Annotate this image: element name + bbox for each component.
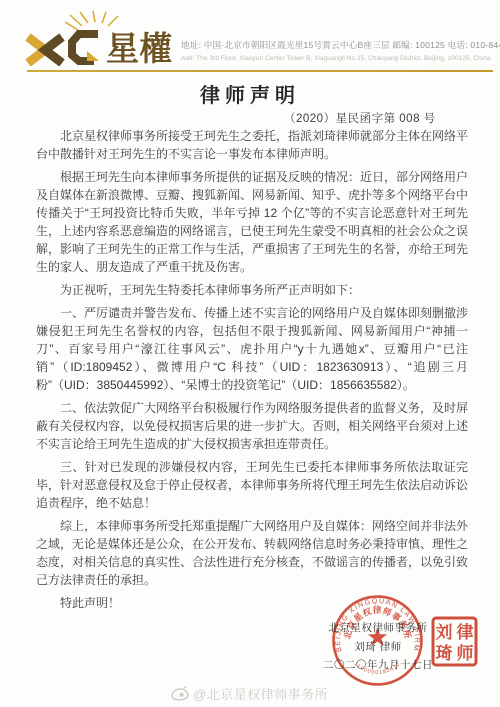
statement-item-2: 二、依法敦促广大网络平台积极履行作为网络服务提供者的监督义务，及时屏蔽有关侵权内… [36,399,468,453]
statement-paragraph: 为正视听，王珂先生特委托本律师事务所严正声明如下： [36,281,468,299]
document-number: （2020）星民函字第 008 号 [284,110,436,126]
watermark: @北京星权律师事务所 [171,684,328,703]
statement-body: 北京星权律师事务所接受王珂先生之委托，指派刘琦律师就部分主体在网络平台中散播针对… [36,127,468,617]
document-title: 律师声明 [0,79,500,108]
statement-paragraph: 综上，本律师事务所受托郑重提醒广大网络用户及自媒体：网络空间并非法外之域，无论是… [36,517,468,589]
weibo-eye-icon [171,686,189,701]
statement-paragraph: 根据王珂先生向本律师事务所提供的证据及反映的情况：近日，部分网络用户及自媒体在新… [36,168,468,276]
logo-rays-icon [65,11,118,30]
statement-page: 星權 地址: 中国·北京市朝阳区霞光里15号霄云中心B座三层 邮编: 10012… [0,0,500,707]
address-chinese: 地址: 中国·北京市朝阳区霞光里15号霄云中心B座三层 邮编: 100125 电… [181,39,497,51]
firm-round-seal-icon: BEIJING XINGQUAN LAW FIRM 北京星权律师事务所 1100… [331,594,424,687]
seal-char: 刘 [436,622,453,642]
letterhead-divider [27,70,493,72]
seal-star-icon [368,627,387,645]
statement-item-3: 三、针对已发现的涉嫌侵权内容，王珂先生已委托本律师事务所依法取证完毕，针对恶意侵… [36,458,468,512]
address-english: Add: The 3rd Floor, Xiaoyun Center Tower… [181,55,497,62]
watermark-text: @北京星权律师事务所 [193,684,328,703]
lawyer-square-seal-icon: 刘 律 琦 师 [431,616,478,667]
logo-xq-mark-icon [28,34,99,63]
statement-item-1: 一、严厉谴责并警告发布、传播上述不实言论的网络用户及自媒体即刻删撤涉嫌侵犯王珂先… [36,304,468,394]
seal-char: 琦 [436,644,453,663]
svg-text:1100000180477: 1100000180477 [353,661,403,676]
logo-firm-name: 星權 [106,30,172,66]
seal-char: 律 [457,622,474,642]
statement-paragraph: 北京星权律师事务所接受王珂先生之委托，指派刘琦律师就部分主体在网络平台中散播针对… [36,127,468,163]
letterhead-address: 地址: 中国·北京市朝阳区霞光里15号霄云中心B座三层 邮编: 100125 电… [181,39,497,62]
seal-number-text: 1100000180477 [353,661,403,676]
firm-logo: 星權 [24,10,176,66]
seal-char: 师 [457,643,474,663]
